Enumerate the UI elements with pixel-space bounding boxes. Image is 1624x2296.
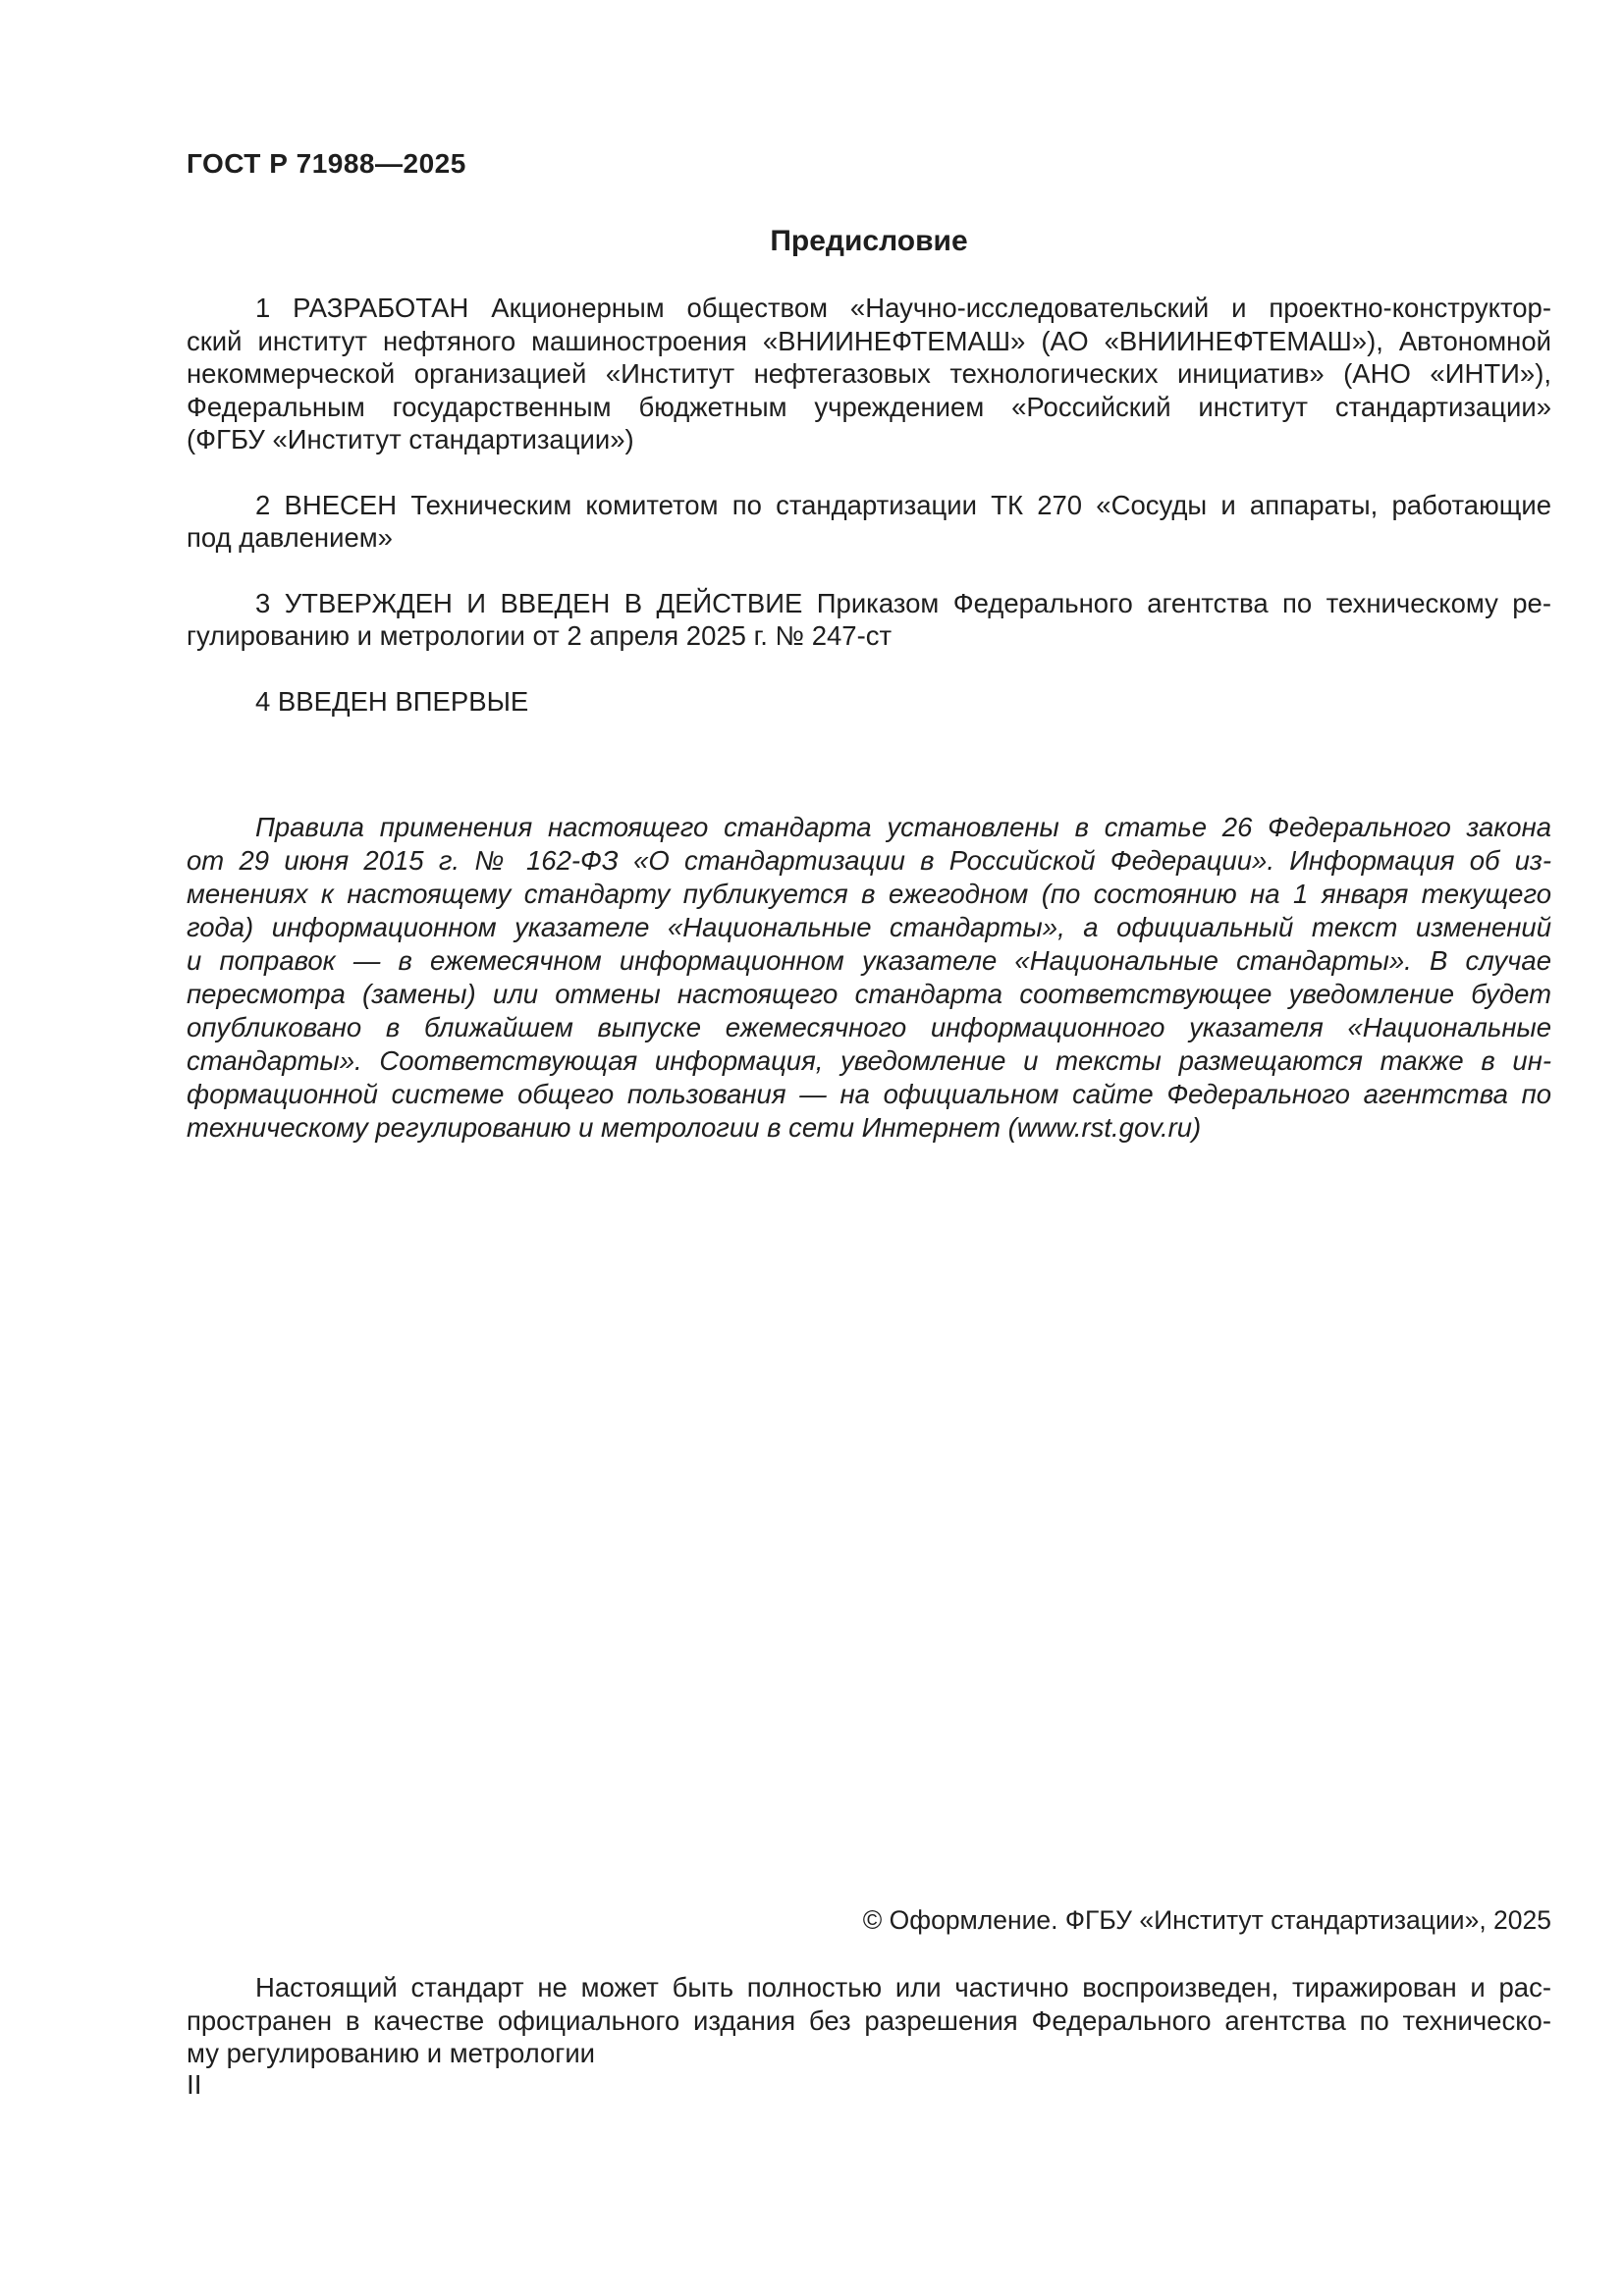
copyright-line: © Оформление. ФГБУ «Институт стандартиза… bbox=[187, 1905, 1551, 1936]
foreword-section: 1 РАЗРАБОТАН Акционерным обществом «Науч… bbox=[187, 292, 1551, 718]
doc-code: ГОСТ Р 71988—2025 bbox=[187, 148, 466, 180]
application-rules-note: Правила применения настоящего стандарта … bbox=[187, 811, 1551, 1145]
foreword-item-developed: 1 РАЗРАБОТАН Акционерным обществом «Науч… bbox=[187, 292, 1551, 456]
page-number: II bbox=[187, 2069, 202, 2101]
foreword-item-approved: 3 УТВЕРЖДЕН И ВВЕДЕН В ДЕЙСТВИЕ Приказом… bbox=[187, 587, 1551, 653]
reproduction-note: Настоящий стандарт не может быть полност… bbox=[187, 1971, 1551, 2070]
document-page: ГОСТ Р 71988—2025 Предисловие 1 РАЗРАБОТ… bbox=[0, 0, 1624, 2296]
page-title: Предисловие bbox=[187, 225, 1551, 258]
foreword-item-submitted: 2 ВНЕСЕН Техническим комитетом по станда… bbox=[187, 489, 1551, 555]
foreword-item-first-edition: 4 ВВЕДЕН ВПЕРВЫЕ bbox=[187, 685, 1551, 719]
